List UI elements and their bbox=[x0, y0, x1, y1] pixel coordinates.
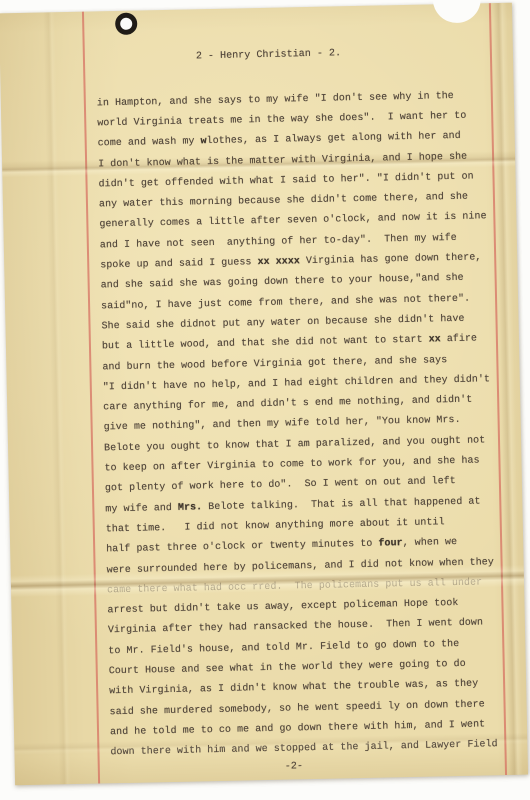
text-line: but a little wood, and that she did not … bbox=[102, 333, 477, 355]
vertical-crease-left bbox=[43, 12, 71, 784]
top-edge-notch bbox=[432, 0, 481, 23]
text-line: half past three o'clock or twenty minute… bbox=[106, 536, 457, 557]
text-line: and he told me to co me and go down ther… bbox=[110, 718, 485, 740]
paper-sheet: 2 - Henry Christian - 2. in Hampton, and… bbox=[0, 3, 528, 786]
text-line: were surrounded here by policemans, and … bbox=[107, 556, 494, 578]
text-line: my wife and Mrs. Belote talking. That is… bbox=[105, 495, 480, 517]
text-line: spoke up and said I guess xx xxxx Virgin… bbox=[100, 251, 481, 273]
text-line: to keep on after Virginia to come to wor… bbox=[104, 454, 479, 476]
overtyped-text: xx xxxx bbox=[257, 256, 300, 268]
text-line: come and wash my wlothes, as I always ge… bbox=[98, 130, 461, 152]
hole-punch-icon bbox=[115, 13, 137, 35]
text-line: She said she didnot put any water on bec… bbox=[101, 313, 464, 335]
text-line: any water this morning because she didn'… bbox=[99, 191, 468, 213]
text-line: that time. I did not know anything more … bbox=[106, 516, 445, 537]
text-line: down there with him and we stopped at th… bbox=[110, 738, 497, 760]
text-line: said she murdered somebody, so he went s… bbox=[109, 698, 484, 720]
overtyped-text: Mrs. bbox=[178, 502, 202, 514]
text-line: Virginia after they had ransacked the ho… bbox=[108, 617, 483, 639]
text-line: and I have not seen anything of her to-d… bbox=[100, 232, 457, 253]
text-line: in Hampton, and she says to my wife "I d… bbox=[97, 90, 454, 111]
text-line: with Virginia, as I didn't know what the… bbox=[109, 678, 478, 700]
text-line: "I didn't have no help, and I had eight … bbox=[103, 373, 490, 395]
scanned-document-screenshot: { "page": { "background_color": "#fcfcfa… bbox=[0, 0, 530, 800]
text-line: got plenty of work here to do". So I wen… bbox=[105, 475, 456, 496]
page-number: -2- bbox=[285, 760, 303, 774]
text-line: Belote you ought to know that I am paral… bbox=[104, 434, 485, 456]
page-title: 2 - Henry Christian - 2. bbox=[196, 47, 341, 64]
text-line: arrest but didn't take us away, except p… bbox=[107, 597, 458, 618]
text-line: care anything for me, and didn't s end m… bbox=[103, 394, 472, 416]
text-line: to Mr. Field's house, and told Mr. Field… bbox=[108, 638, 459, 659]
text-line: and she said she was going down there to… bbox=[101, 272, 464, 294]
overtyped-text: xx bbox=[429, 334, 441, 345]
text-line: came there what had occ rred. The police… bbox=[107, 576, 482, 598]
text-line: give me nothing", and then my wife told … bbox=[104, 414, 461, 435]
text-line: and burn the wood before Virginia got th… bbox=[102, 354, 447, 375]
text-line: generally comes a little after seven o'c… bbox=[99, 211, 486, 233]
text-line: I don't know what is the matter with Vir… bbox=[98, 150, 467, 172]
overtyped-text: four bbox=[378, 538, 402, 550]
typed-text: 2 - Henry Christian - 2. in Hampton, and… bbox=[96, 44, 513, 764]
text-line: Court House and see what in the world th… bbox=[109, 658, 466, 679]
text-line: said"no, I have just come from there, an… bbox=[101, 292, 470, 314]
text-line: world Virginia treats me in the way she … bbox=[97, 110, 466, 132]
text-line: didn't get offended with what I said to … bbox=[98, 170, 473, 192]
